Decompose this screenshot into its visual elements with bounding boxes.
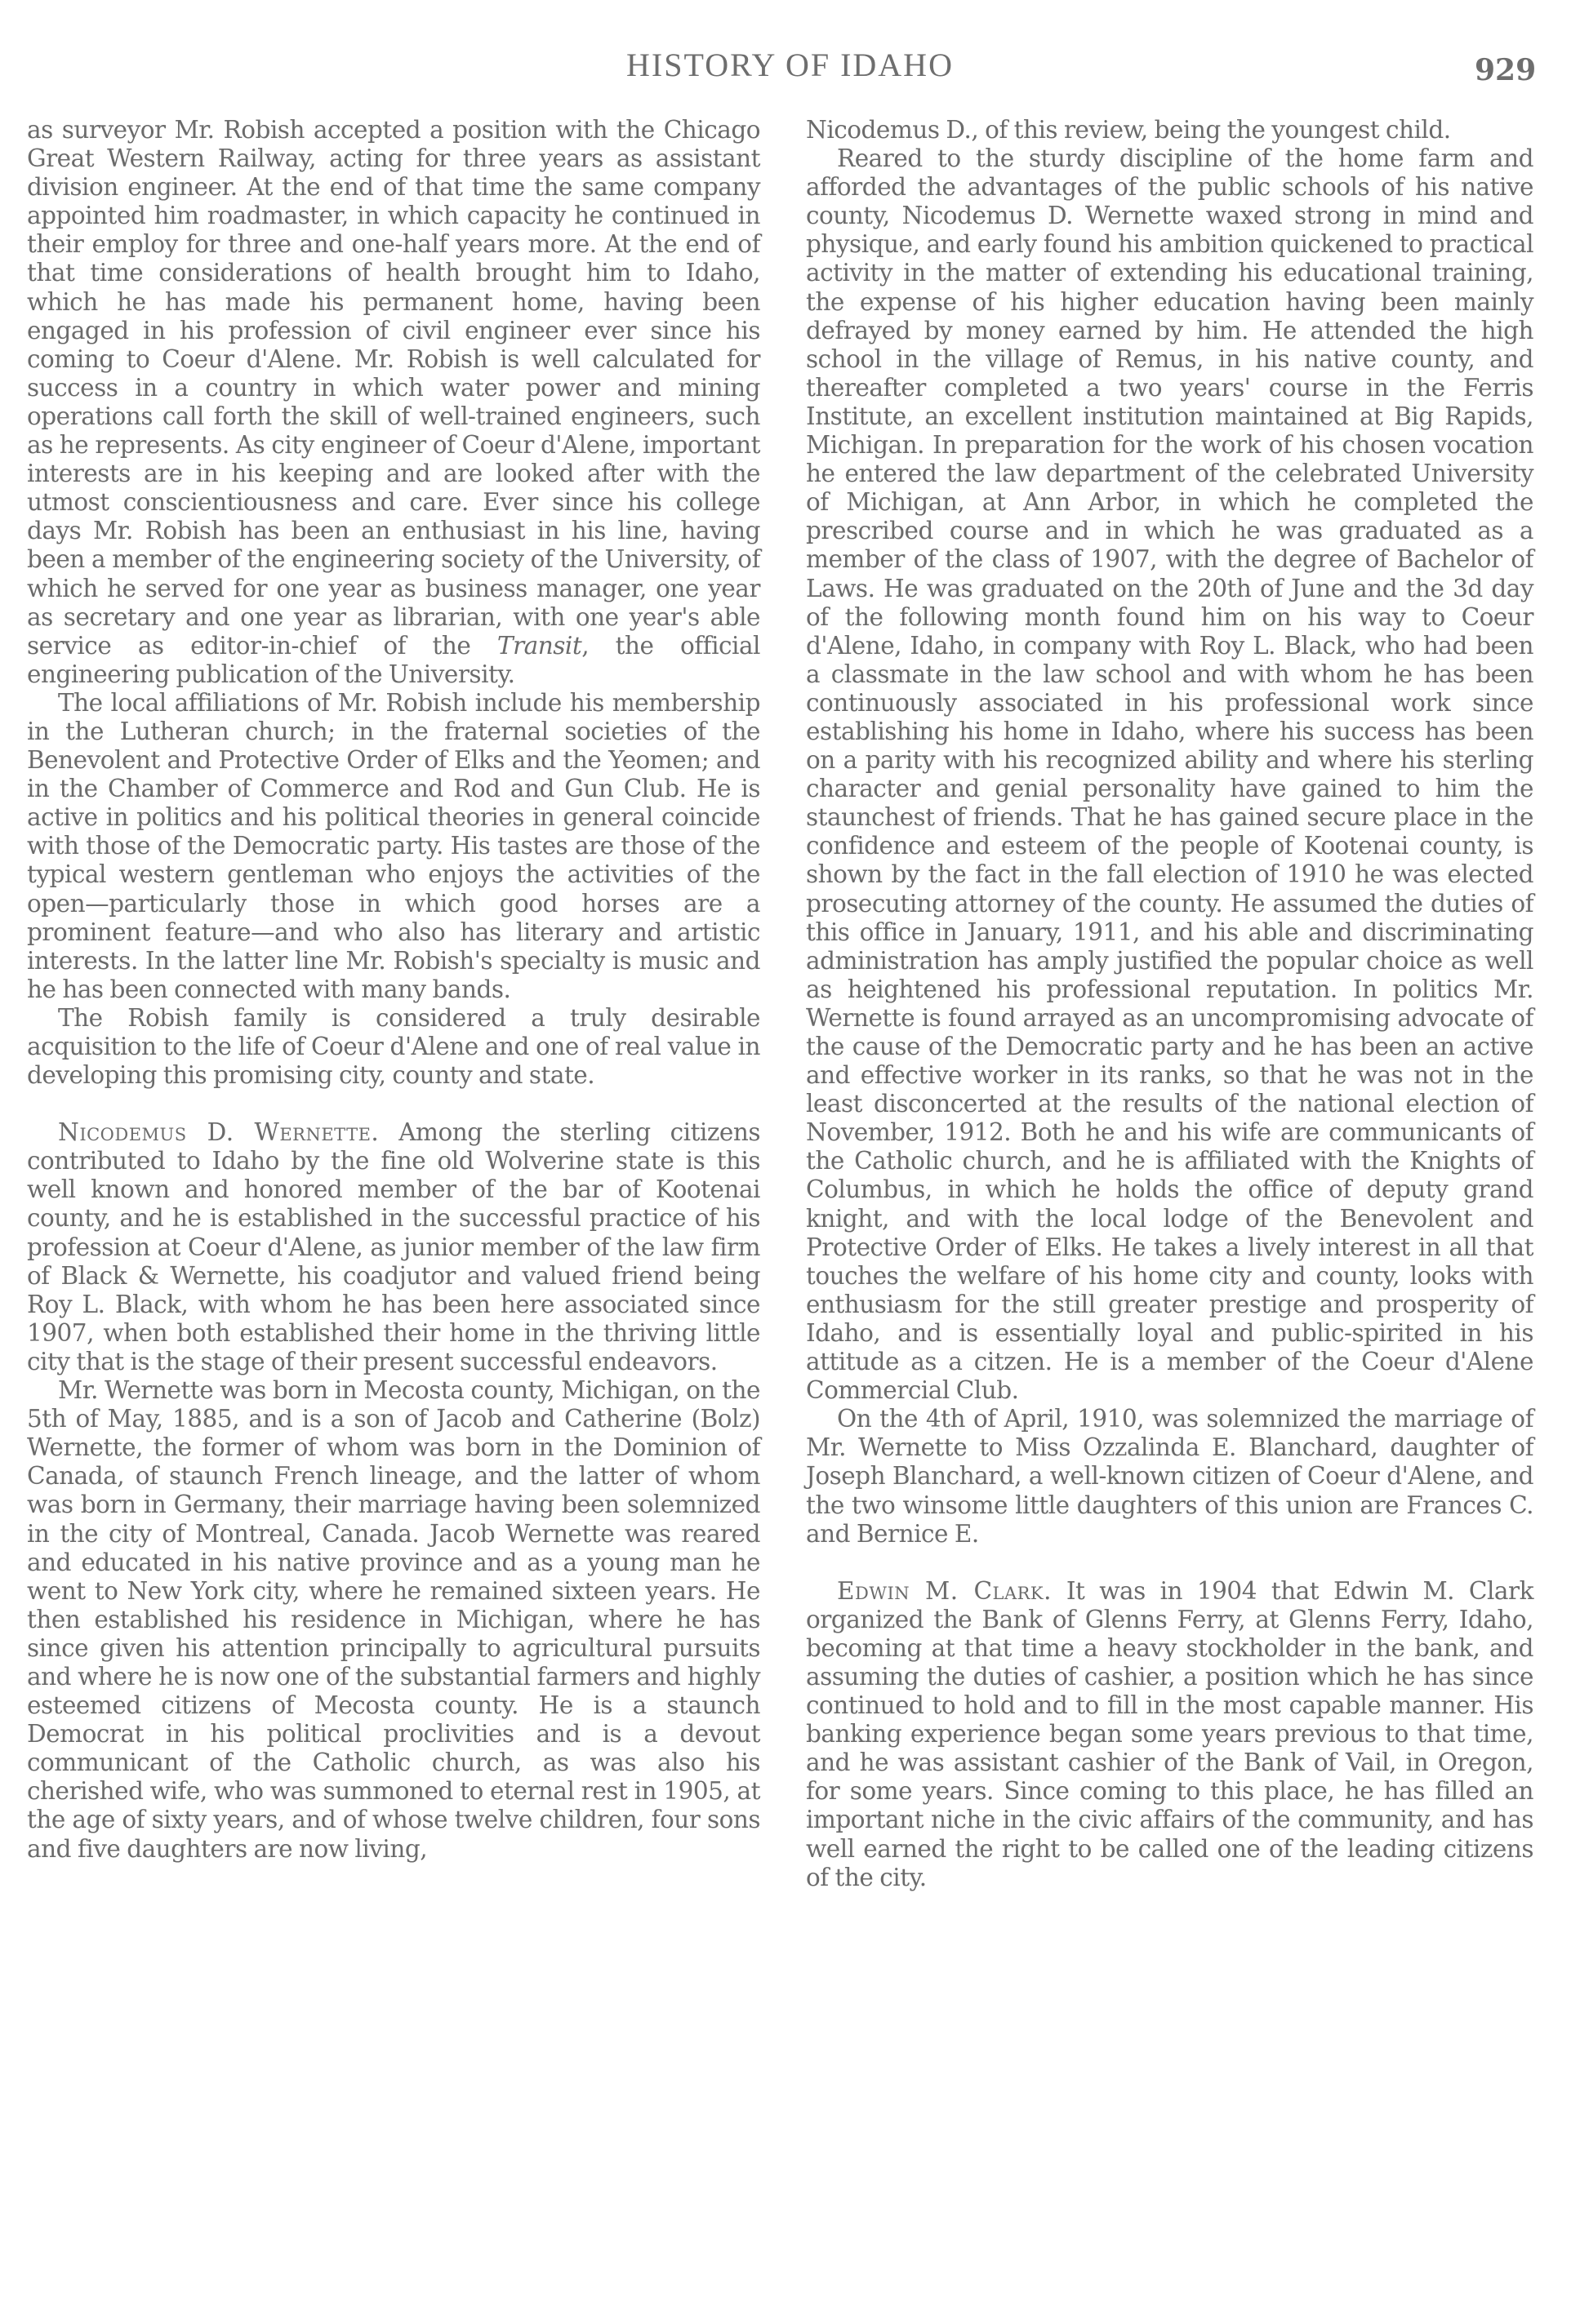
page-number: 929 [1475, 51, 1536, 90]
paragraph-wernette-marriage: On the 4th of April, 1910, was solemnize… [806, 1405, 1533, 1548]
paragraph-robish-family: The Robish family is considered a truly … [27, 1004, 760, 1090]
paragraph-wernette-parents: Mr. Wernette was born in Mecosta county,… [27, 1376, 760, 1864]
biography-wernette-intro: Nicodemus D. Wernette. Among the sterlin… [27, 1118, 760, 1376]
running-title: HISTORY OF IDAHO [0, 46, 1580, 85]
right-column: Nicodemus D., of this review, being the … [806, 116, 1533, 1892]
paragraph-text: It was in 1904 that Edwin M. Clark organ… [806, 1577, 1533, 1891]
publication-title: Transit [497, 632, 581, 660]
paragraph-continued: Nicodemus D., of this review, being the … [806, 116, 1533, 144]
paragraph-robish-career: as surveyor Mr. Robish accepted a positi… [27, 116, 760, 689]
paragraph-text: Among the sterling citizens contributed … [27, 1118, 760, 1375]
paragraph-wernette-career: Reared to the sturdy discipline of the h… [806, 144, 1533, 1405]
left-column: as surveyor Mr. Robish accepted a positi… [27, 116, 760, 1864]
biography-clark: Edwin M. Clark. It was in 1904 that Edwi… [806, 1577, 1533, 1892]
biography-heading: Nicodemus D. Wernette. [58, 1118, 379, 1146]
biography-heading: Edwin M. Clark. [837, 1577, 1052, 1605]
book-page: HISTORY OF IDAHO 929 as surveyor Mr. Rob… [0, 0, 1580, 2324]
paragraph-robish-affiliations: The local affiliations of Mr. Robish inc… [27, 689, 760, 1004]
paragraph-text: as surveyor Mr. Robish accepted a positi… [27, 116, 760, 660]
